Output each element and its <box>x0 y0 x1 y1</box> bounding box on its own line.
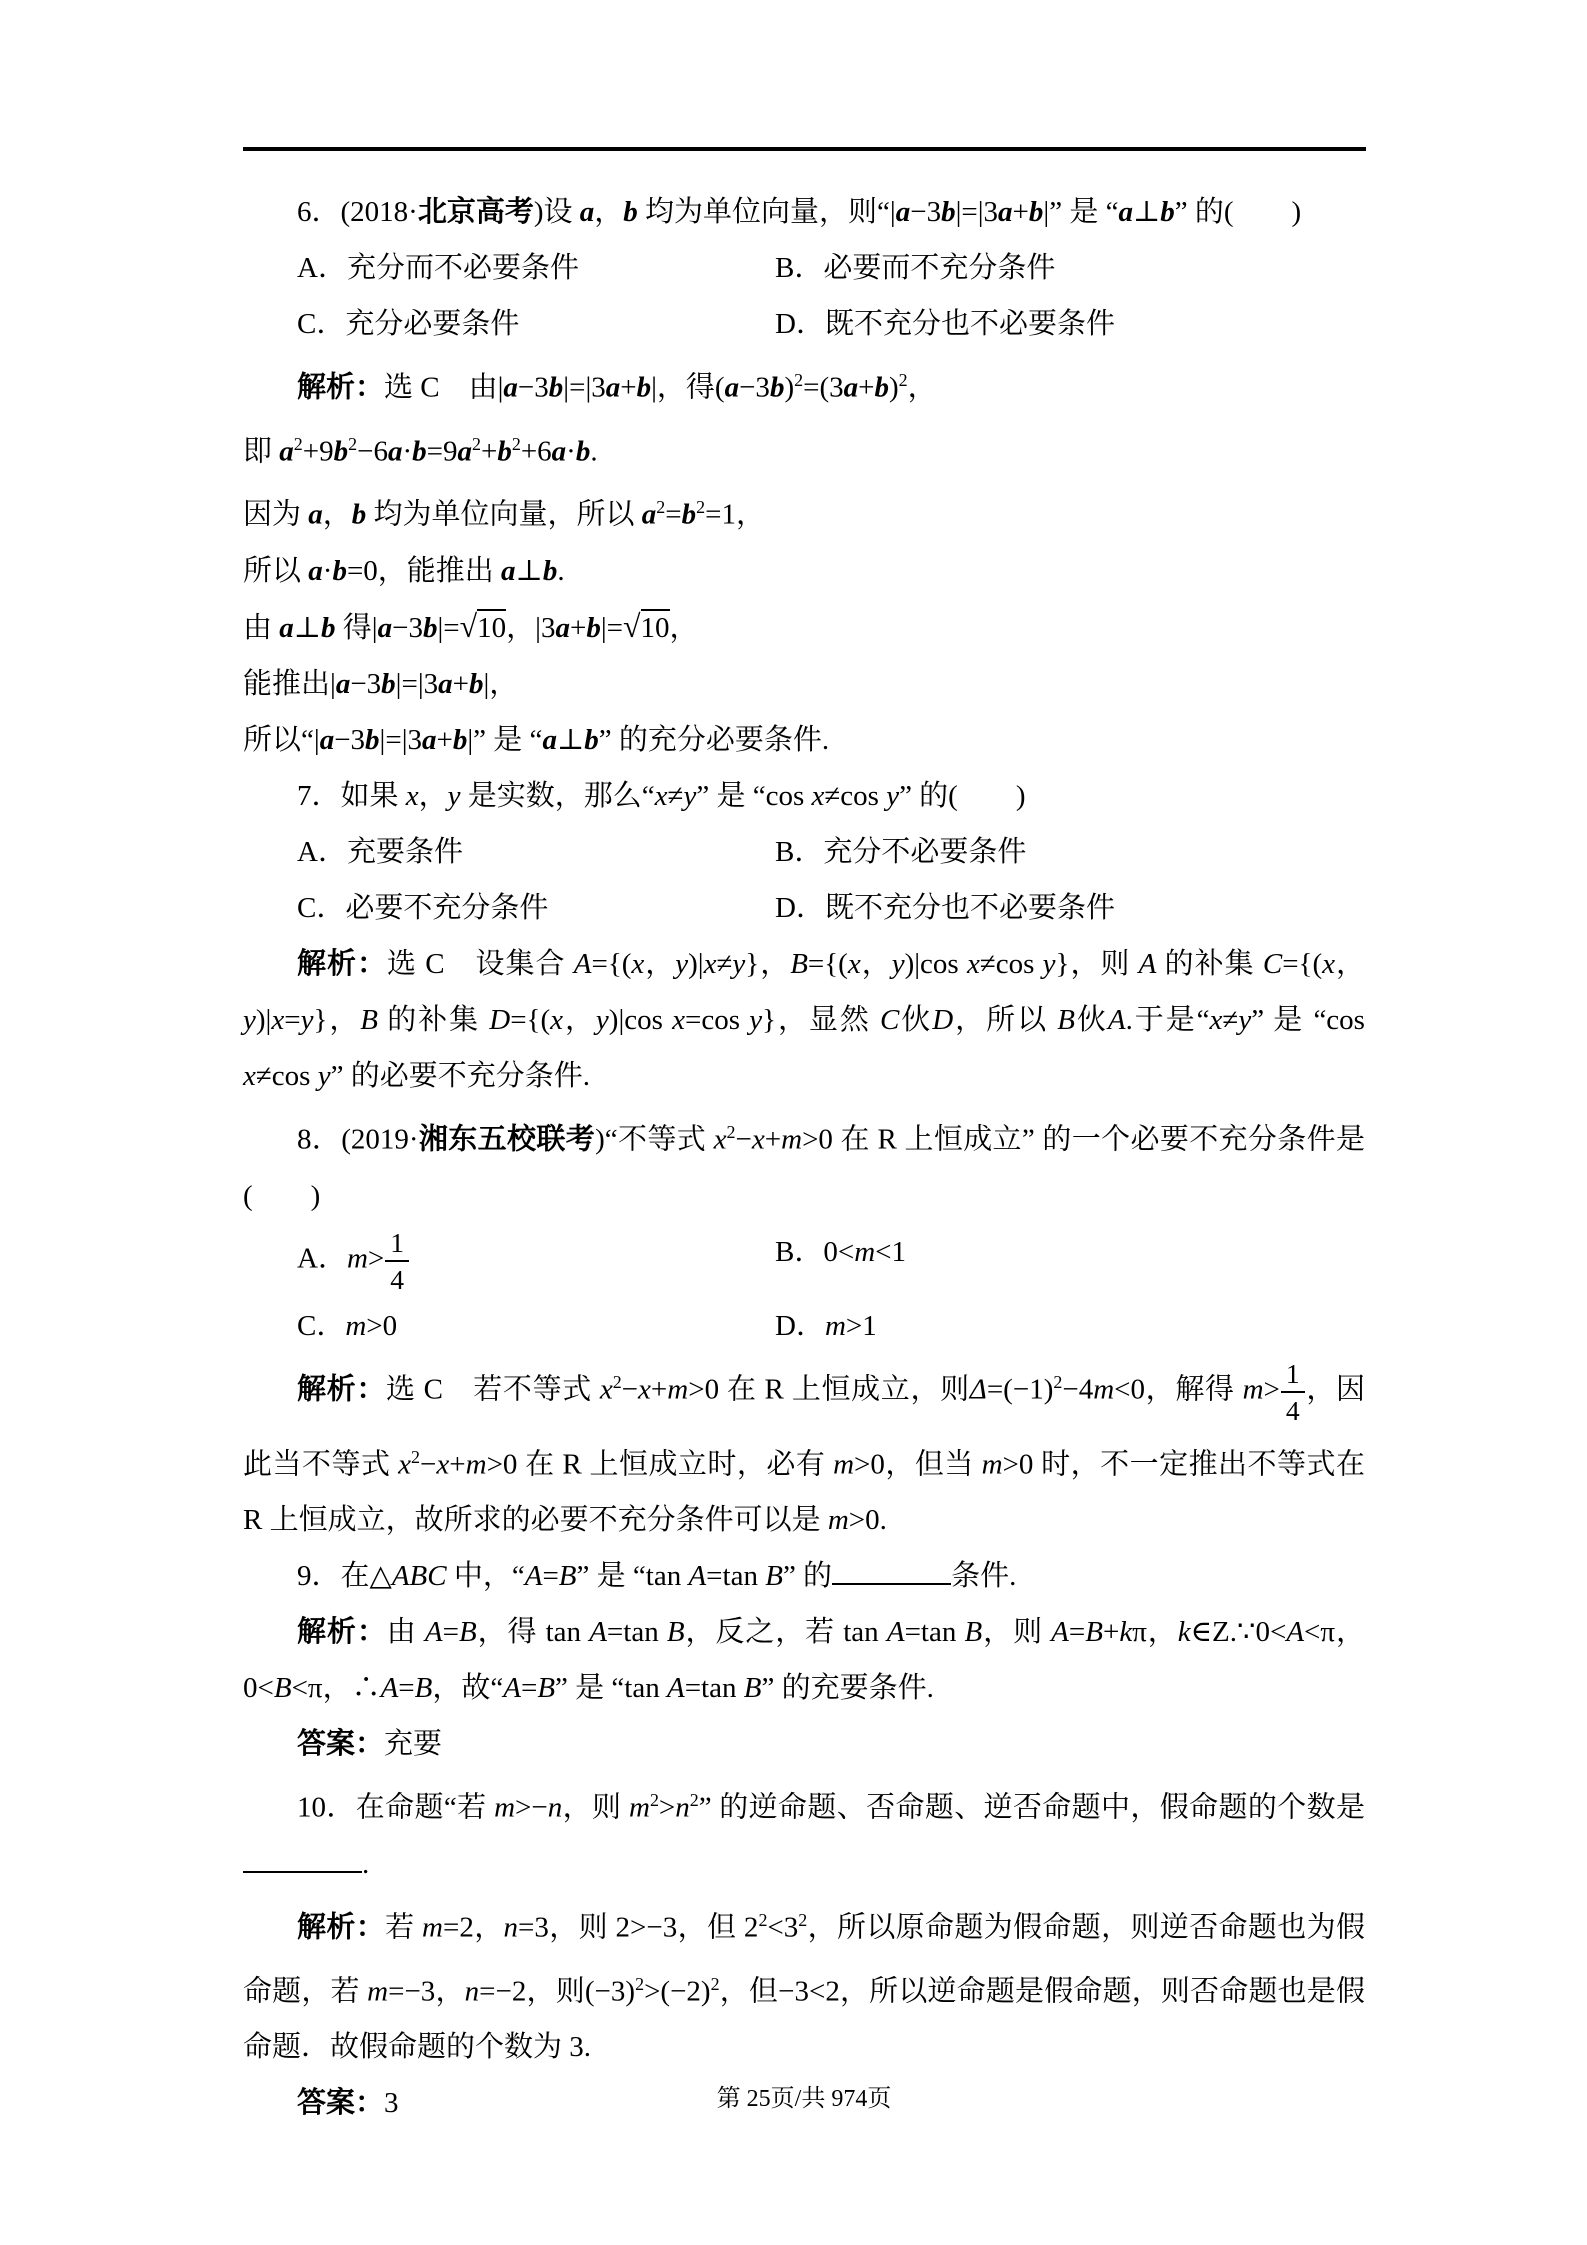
text-run: |， <box>484 668 519 700</box>
text-run: ” 是 “tan <box>555 1672 667 1704</box>
text-run: |= <box>601 612 623 644</box>
text-run: ，故“ <box>432 1672 503 1704</box>
bold-label: 解析： <box>297 948 387 980</box>
text-run: ⊥ <box>294 612 321 644</box>
text-run: B <box>1057 1004 1075 1036</box>
text-run: ={( <box>808 948 848 980</box>
text-run: 2 <box>656 497 665 517</box>
text-run: 9．在△ <box>297 1560 392 1592</box>
text-run: ” 的 <box>783 1560 832 1592</box>
text-run: a <box>552 435 567 467</box>
text-run: >0 <box>366 1310 397 1342</box>
text-run: x <box>848 948 861 980</box>
text-run: ，则 <box>982 1616 1051 1648</box>
text-run: 10．在命题“若 <box>297 1792 494 1824</box>
text-run: >(−2) <box>644 1975 711 2007</box>
text-run: ≠ <box>716 948 732 980</box>
text-run: ，反之，若 tan <box>685 1616 887 1648</box>
text-run: ≠cos <box>256 1060 318 1092</box>
text-run: B <box>360 1004 378 1036</box>
text-run: y <box>749 1004 762 1036</box>
text-run: b <box>549 372 564 404</box>
q8-solution: 解析：选 C 若不等式 x2−x+m>0 在 R 上恒成立，则Δ=(−1)2−4… <box>243 1354 1365 1549</box>
text-run: y <box>892 948 905 980</box>
text-run: ” 是 “cos <box>1251 1004 1365 1036</box>
text-run: > <box>659 1792 675 1824</box>
text-run: + <box>765 1124 781 1156</box>
text-run: −3 <box>392 612 423 644</box>
text-run: b <box>584 724 599 756</box>
text-run: A <box>688 1560 706 1592</box>
q9-answer: 答案：充要 <box>243 1716 1365 1772</box>
bold-label: 湘东五校联考 <box>419 1124 596 1156</box>
text-run: }， <box>745 948 790 980</box>
q6-solution-line-7: 所以“|a−3b|=|3a+b|” 是 “a⊥b” 的充分必要条件. <box>243 712 1365 768</box>
text-run: b <box>682 499 697 531</box>
text-run: x <box>631 948 644 980</box>
text-run: 7．如果 <box>297 780 406 812</box>
text-run: 2 <box>635 1974 644 1994</box>
text-run: =(3 <box>803 372 844 404</box>
text-run: ， <box>908 372 937 404</box>
text-run: = <box>1069 1616 1085 1648</box>
text-run: − <box>736 1124 752 1156</box>
text-run: 能推出| <box>243 668 336 700</box>
text-run: <1 <box>875 1236 906 1268</box>
text-run: A <box>1286 1616 1304 1648</box>
text-run: 2 <box>472 434 481 454</box>
text-run: a <box>1118 196 1133 228</box>
text-run: =tan <box>685 1672 744 1704</box>
text-run: y <box>318 1060 331 1092</box>
text-run: ， <box>594 196 623 228</box>
text-run: C．必要不充分条件 <box>297 892 548 924</box>
text-run: B <box>790 948 808 980</box>
text-run: b <box>637 372 652 404</box>
text-run: ={( <box>1282 948 1322 980</box>
text-run: x <box>271 1004 284 1036</box>
option-right: D．既不充分也不必要条件 <box>775 296 1365 352</box>
text-run: |=|3 <box>563 372 605 404</box>
text-run: m <box>854 1236 875 1268</box>
text-run: |=|3 <box>956 196 998 228</box>
text-run: + <box>1103 1616 1119 1648</box>
q9-solution: 解析：由 A=B，得 tan A=tan B，反之，若 tan A=tan B，… <box>243 1604 1365 1716</box>
text-run: ， <box>563 1004 596 1036</box>
bold-label: 解析： <box>297 1912 385 1944</box>
text-run: ” 的必要不充分条件. <box>331 1060 590 1092</box>
text-run: m <box>828 1504 849 1536</box>
text-run: A <box>503 1672 521 1704</box>
q7-solution: 解析：选 C 设集合 A={(x，y)|x≠y}，B={(x，y)|cos x≠… <box>243 936 1365 1104</box>
q6-solution-line-3: 因为 a，b 均为单位向量，所以 a2=b2=1， <box>243 479 1365 543</box>
text-run: = <box>443 1616 459 1648</box>
option-right: D．既不充分也不必要条件 <box>775 880 1365 936</box>
text-run: ≠ <box>1222 1004 1238 1036</box>
text-run: −4 <box>1062 1373 1093 1405</box>
text-run: ) <box>784 372 794 404</box>
text-run: x <box>655 780 668 812</box>
text-run: − <box>420 1448 436 1480</box>
text-run: ，得 tan <box>477 1616 590 1648</box>
q10-solution: 解析：若 m=2，n=3，则 2>−3，但 22<32，所以原命题为假命题，则逆… <box>243 1892 1365 2075</box>
text-run: =tan <box>706 1560 765 1592</box>
text-run: −3 <box>334 724 365 756</box>
text-run: y <box>732 948 745 980</box>
text-run: 的补集 <box>378 1004 489 1036</box>
text-run: +6 <box>521 435 552 467</box>
text-run: B <box>744 1672 762 1704</box>
text-run: 所以 <box>243 555 308 587</box>
text-run: =1， <box>705 499 765 531</box>
q6-solution-line-1: 解析：选 C 由|a−3b|=|3a+b|，得(a−3b)2=(3a+b)2， <box>243 352 1365 416</box>
text-run: + <box>570 612 586 644</box>
text-run: +9 <box>303 435 334 467</box>
text-run: =tan <box>607 1616 667 1648</box>
text-run: m <box>833 1448 854 1480</box>
document-page: 6．(2018·北京高考)设 a，b 均为单位向量，则“|a−3b|=|3a+b… <box>0 0 1587 2245</box>
q6-solution-line-6: 能推出|a−3b|=|3a+b|， <box>243 656 1365 712</box>
text-run: m <box>347 1242 368 1274</box>
q9-stem: 9．在△ABC 中，“A=B” 是 “tan A=tan B” 的条件. <box>243 1548 1365 1604</box>
text-run: D <box>489 1004 510 1036</box>
text-run: y <box>1043 948 1056 980</box>
text-run: = <box>521 1672 537 1704</box>
text-run: m <box>345 1310 366 1342</box>
text-run: 所以“| <box>243 724 320 756</box>
text-run: =2， <box>443 1912 504 1944</box>
text-run: b <box>423 612 438 644</box>
text-run: 选 C 若不等式 <box>386 1373 600 1405</box>
text-run: x <box>243 1060 256 1092</box>
text-run: a <box>606 372 621 404</box>
text-run: D．既不充分也不必要条件 <box>775 892 1115 924</box>
text-run: x <box>638 1373 651 1405</box>
text-run: ⊥ <box>557 724 584 756</box>
text-run: m <box>781 1124 802 1156</box>
option-right: D．m>1 <box>775 1298 1365 1354</box>
text-run: 2 <box>690 1790 699 1810</box>
text-run: )| <box>688 948 703 980</box>
text-run: b <box>497 435 512 467</box>
text-run: 2 <box>794 370 803 390</box>
text-run: n <box>548 1792 563 1824</box>
page-footer: 第 25页/共 974页 <box>243 2078 1365 2113</box>
text-run: −6 <box>357 435 388 467</box>
text-run: B <box>765 1560 783 1592</box>
text-run: 2 <box>1053 1372 1062 1392</box>
text-run: = <box>542 1560 558 1592</box>
text-run: a <box>378 612 393 644</box>
bold-label: 解析： <box>297 1616 387 1648</box>
text-run: B <box>965 1616 983 1648</box>
text-run: B <box>459 1616 477 1648</box>
sqrt-radical: √10 <box>623 612 670 644</box>
text-run: ) <box>889 372 899 404</box>
text-run: ” 是 “tan <box>577 1560 689 1592</box>
text-run: . <box>362 1848 369 1880</box>
text-run: y <box>301 1004 314 1036</box>
text-run: b <box>1029 196 1044 228</box>
text-run: A <box>525 1560 543 1592</box>
sqrt-radical: √10 <box>460 612 507 644</box>
text-run: =9 <box>427 435 458 467</box>
text-run: 选 C 由| <box>384 372 503 404</box>
text-run: A．充要条件 <box>297 836 463 868</box>
text-run: B．充分不必要条件 <box>775 836 1026 868</box>
text-run: |，得( <box>651 372 724 404</box>
text-run: C <box>880 1004 899 1036</box>
text-run: ” 的( ) <box>899 780 1025 812</box>
text-run: }，则 <box>1056 948 1139 980</box>
text-run: A <box>1108 1004 1126 1036</box>
text-run: ∈Z.∵0< <box>1191 1616 1287 1648</box>
text-run: b <box>586 612 601 644</box>
text-run: 2 <box>899 370 908 390</box>
text-run: b <box>1160 196 1175 228</box>
text-run: + <box>453 668 469 700</box>
text-run: 均为单位向量，所以 <box>366 499 642 531</box>
text-run: =3，则 2>−3，但 2 <box>518 1912 758 1944</box>
text-run: B．0< <box>775 1236 854 1268</box>
text-run: C <box>1263 948 1282 980</box>
text-run: 得| <box>336 612 378 644</box>
text-run: n <box>465 1975 480 2007</box>
text-run: a <box>725 372 740 404</box>
bold-label: 北京高考 <box>418 196 534 228</box>
text-run: )|cos <box>905 948 967 980</box>
text-run: 伙 <box>899 1004 932 1036</box>
text-run: y <box>243 1004 256 1036</box>
text-run: b <box>412 435 427 467</box>
text-run: a <box>308 499 323 531</box>
text-run: a <box>896 196 911 228</box>
text-run: C． <box>297 1310 345 1342</box>
q7-options-row-2: C．必要不充分条件D．既不充分也不必要条件 <box>243 880 1365 936</box>
text-run: ， <box>1335 948 1365 980</box>
text-run: m <box>466 1448 487 1480</box>
text-run: −3 <box>910 196 941 228</box>
q8-options-row-2: C．m>0D．m>1 <box>243 1298 1365 1354</box>
blank-underline <box>243 1867 362 1873</box>
text-run: 6．(2018· <box>297 196 418 228</box>
text-run: = <box>398 1672 414 1704</box>
text-run: b <box>381 668 396 700</box>
text-run: 2 <box>613 1372 622 1392</box>
text-run: x <box>550 1004 563 1036</box>
option-right: B．必要而不充分条件 <box>775 240 1365 296</box>
text-run: A <box>589 1616 607 1648</box>
text-run: 均为单位向量，则“| <box>638 196 896 228</box>
q6-stem: 6．(2018·北京高考)设 a，b 均为单位向量，则“|a−3b|=|3a+b… <box>243 184 1365 240</box>
text-run: a <box>388 435 403 467</box>
text-run: m <box>629 1792 650 1824</box>
text-run: B <box>559 1560 577 1592</box>
text-run: k <box>1178 1616 1191 1648</box>
text-run: B <box>1085 1616 1103 1648</box>
text-run: b <box>352 499 367 531</box>
text-run: π， <box>1132 1616 1177 1648</box>
text-run: A <box>574 948 592 980</box>
text-run: ， <box>419 780 448 812</box>
text-run: b <box>623 196 638 228</box>
text-run: 伙 <box>1075 1004 1108 1036</box>
text-run: |” 是 “ <box>1043 196 1118 228</box>
text-run: 2 <box>696 497 705 517</box>
text-run: b <box>332 555 347 587</box>
text-run: −3 <box>739 372 770 404</box>
text-run: )设 <box>534 196 580 228</box>
text-run: a <box>308 555 323 587</box>
text-run: x <box>714 1124 727 1156</box>
text-run: A <box>1139 948 1157 980</box>
text-run: a <box>279 435 294 467</box>
q6-options-row-2: C．充分必要条件D．既不充分也不必要条件 <box>243 296 1365 352</box>
text-run: <0，解得 <box>1114 1373 1242 1405</box>
text-run: x <box>1210 1004 1223 1036</box>
text-run: x <box>398 1448 411 1480</box>
q6-solution-line-5: 由 a⊥b 得|a−3b|=√10，|3a+b|=√10， <box>243 599 1365 656</box>
text-run: )| <box>256 1004 271 1036</box>
text-run: A．充分而不必要条件 <box>297 252 579 284</box>
bold-label: 答案： <box>297 1728 384 1760</box>
text-run: ， <box>644 948 675 980</box>
text-run: ” 的充分必要条件. <box>599 724 829 756</box>
text-run: =−3， <box>388 1975 465 2007</box>
text-run: a <box>503 372 518 404</box>
q6-solution-line-4: 所以 a·b=0，能推出 a⊥b. <box>243 543 1365 599</box>
text-run: + <box>858 372 874 404</box>
text-run: ，则 <box>562 1792 629 1824</box>
text-run: <π，∴ <box>292 1672 381 1704</box>
text-run: y <box>596 1004 609 1036</box>
text-run: x <box>406 780 419 812</box>
blank-underline <box>832 1579 951 1585</box>
text-run: b <box>469 668 484 700</box>
text-run: A <box>667 1672 685 1704</box>
text-run: a <box>438 668 453 700</box>
text-run: A <box>887 1616 905 1648</box>
text-run: y <box>675 948 688 980</box>
text-run: 中，“ <box>447 1560 525 1592</box>
fraction: 14 <box>1280 1355 1306 1429</box>
text-run: ，所以 <box>953 1004 1057 1036</box>
text-run: 选 C 设集合 <box>387 948 574 980</box>
text-run: a <box>844 372 859 404</box>
text-run: D．既不充分也不必要条件 <box>775 308 1115 340</box>
text-run: m <box>1093 1373 1114 1405</box>
q6-solution-line-2: 即 a2+9b2−6a·b=9a2+b2+6a·b. <box>243 416 1365 480</box>
text-run: }， <box>313 1004 360 1036</box>
text-run: b <box>321 612 336 644</box>
text-run: )|cos <box>609 1004 672 1036</box>
text-run: <3 <box>767 1912 798 1944</box>
text-run: · <box>323 555 333 587</box>
option-left: C．必要不充分条件 <box>297 880 775 936</box>
text-run: A <box>1051 1616 1069 1648</box>
text-run: x <box>704 948 717 980</box>
text-run: >1 <box>846 1310 877 1342</box>
text-run: + <box>651 1373 667 1405</box>
fraction: 14 <box>384 1224 410 1298</box>
text-run: x <box>752 1124 765 1156</box>
text-run: 若 <box>385 1912 422 1944</box>
text-run: a <box>279 612 294 644</box>
text-run: ， <box>861 948 892 980</box>
text-run: )“不等式 <box>595 1124 714 1156</box>
text-run: B <box>667 1616 685 1648</box>
text-run: > <box>368 1242 384 1274</box>
text-run: . <box>557 555 564 587</box>
text-run: 是实数，那么“ <box>461 780 655 812</box>
text-run: C．充分必要条件 <box>297 308 519 340</box>
text-run: 2 <box>411 1447 420 1467</box>
text-run: a <box>555 612 570 644</box>
text-run: ” 的逆命题、否命题、逆否命题中，假命题的个数是 <box>699 1792 1365 1824</box>
text-run: a <box>642 499 657 531</box>
text-run: x <box>672 1004 685 1036</box>
text-run: ≠cos <box>824 780 886 812</box>
text-run: b <box>770 372 785 404</box>
q6-options-row-1: A．充分而不必要条件B．必要而不充分条件 <box>243 240 1365 296</box>
bold-label: 解析： <box>297 1373 386 1405</box>
text-run: + <box>620 372 636 404</box>
option-left: A．m>14 <box>297 1224 775 1298</box>
text-run: ” 的( ) <box>1175 196 1301 228</box>
text-run: m <box>422 1912 443 1944</box>
text-run: x <box>1322 948 1335 980</box>
text-run: B <box>415 1672 433 1704</box>
text-run: >0. <box>849 1504 887 1536</box>
text-run: x <box>967 948 980 980</box>
text-run: 2 <box>348 434 357 454</box>
text-run: 8．(2019· <box>297 1124 419 1156</box>
text-run: b <box>576 435 591 467</box>
text-run: .于是“ <box>1126 1004 1210 1036</box>
text-run: a <box>422 724 437 756</box>
option-right: B．充分不必要条件 <box>775 824 1365 880</box>
text-run: n <box>504 1912 519 1944</box>
text-run: |=|3 <box>396 668 438 700</box>
text-run: >− <box>515 1792 548 1824</box>
text-run: ≠cos <box>980 948 1043 980</box>
text-run: ， <box>323 499 352 531</box>
text-run: m <box>1243 1373 1264 1405</box>
text-run: = <box>284 1004 300 1036</box>
text-run: − <box>622 1373 638 1405</box>
text-run: a <box>457 435 472 467</box>
text-run: =−2，则(−3) <box>479 1975 635 2007</box>
text-run: =tan <box>905 1616 965 1648</box>
text-run: b <box>334 435 349 467</box>
option-left: C．充分必要条件 <box>297 296 775 352</box>
text-run: y <box>683 780 696 812</box>
text-run: ⊥ <box>516 555 543 587</box>
text-run: ≠ <box>668 780 684 812</box>
text-run: D． <box>775 1310 825 1342</box>
text-run: =cos <box>685 1004 749 1036</box>
text-run: 2 <box>650 1790 659 1810</box>
q8-stem: 8．(2019·湘东五校联考)“不等式 x2−x+m>0 在 R 上恒成立” 的… <box>243 1104 1365 1224</box>
text-run: b <box>543 555 558 587</box>
text-run: > <box>1264 1373 1280 1405</box>
text-run: 2 <box>798 1910 807 1930</box>
text-run: ， <box>670 612 699 644</box>
text-run: 因为 <box>243 499 308 531</box>
text-run: + <box>1013 196 1029 228</box>
text-run: D <box>932 1004 953 1036</box>
text-run: |” 是 “ <box>467 724 542 756</box>
